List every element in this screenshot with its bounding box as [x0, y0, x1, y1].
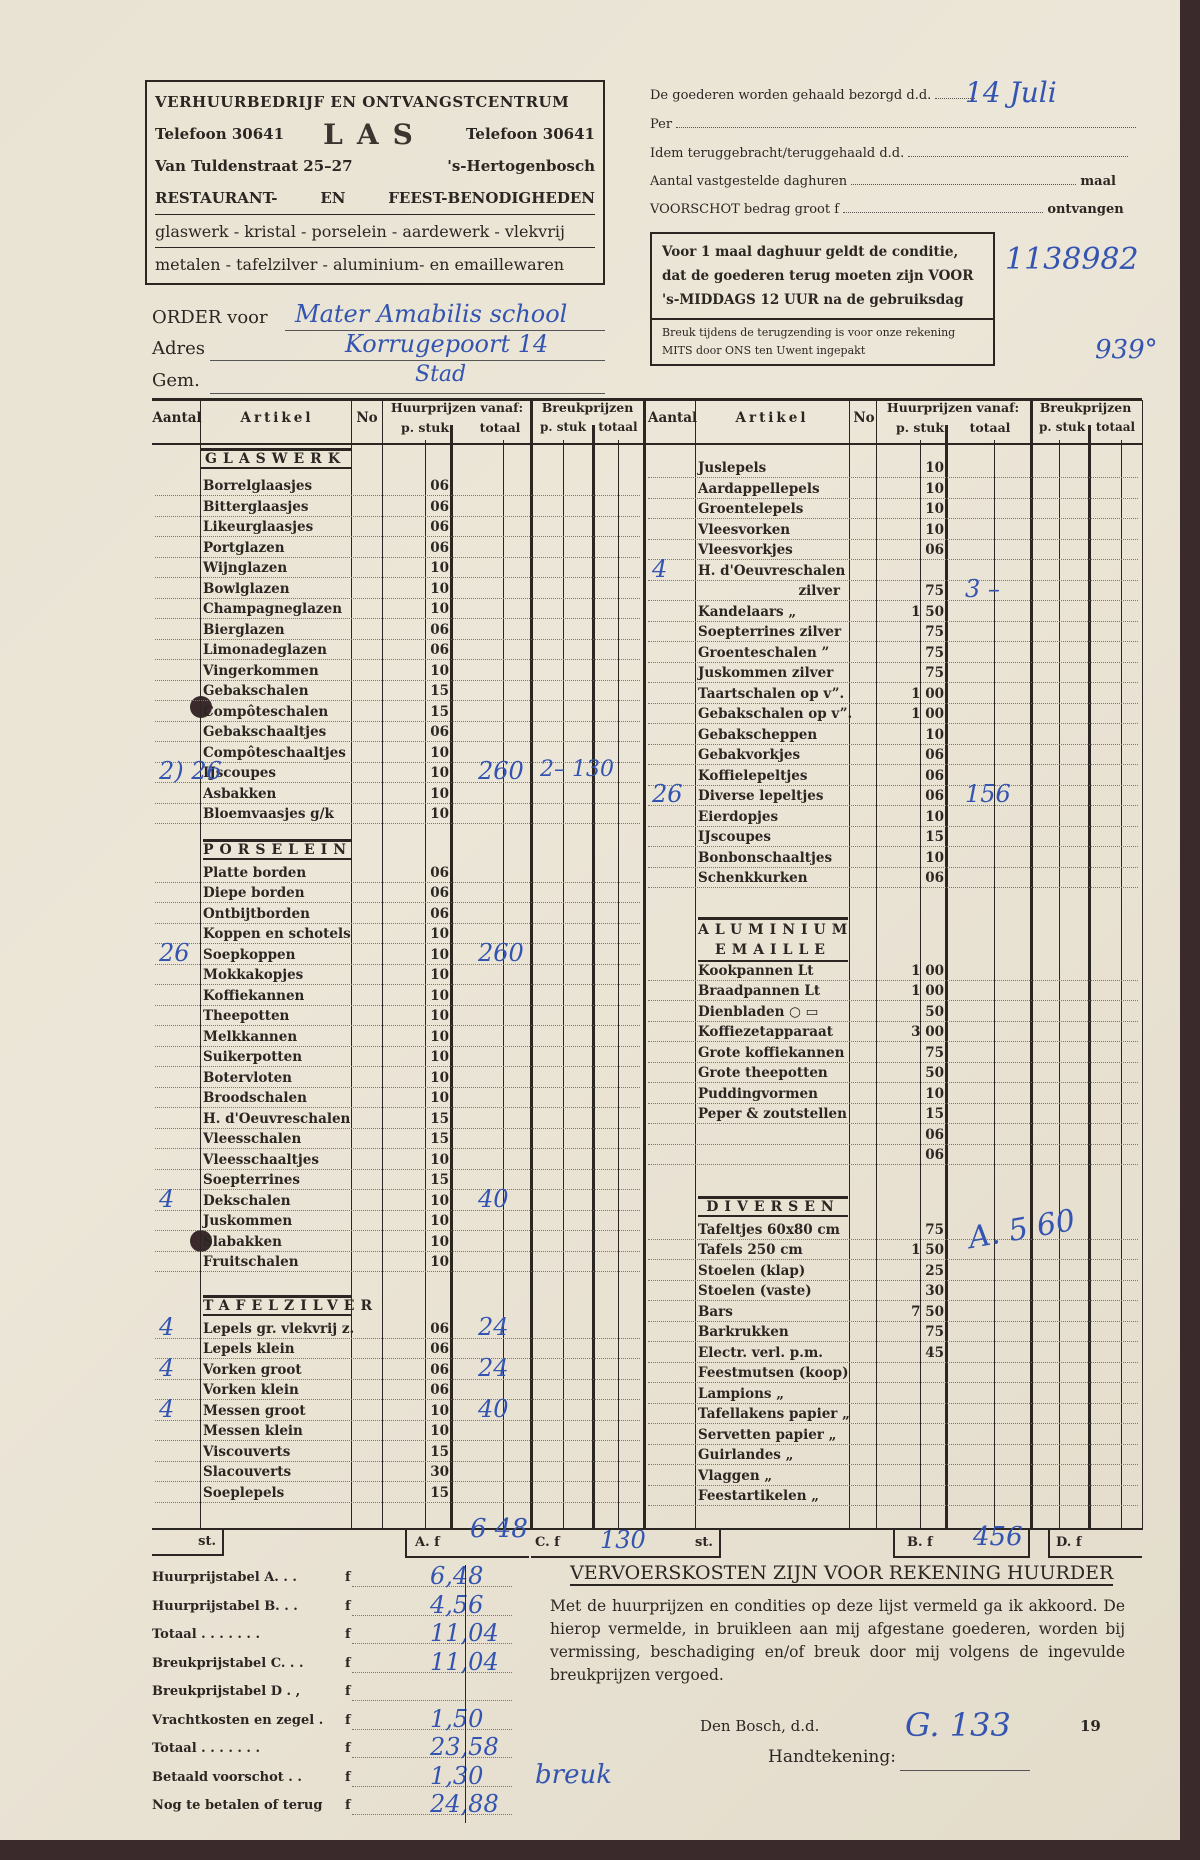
- item-name: Gebakschaaltjes: [203, 724, 326, 740]
- unit-price: 10: [425, 1152, 449, 1168]
- adres-value[interactable]: Korrugepoort 14: [345, 330, 548, 358]
- row-rule: [648, 600, 1138, 601]
- quantity-handwritten[interactable]: 4: [159, 1395, 174, 1423]
- unit-price: 10: [880, 727, 944, 743]
- summary-currency: f: [345, 1798, 351, 1813]
- item-name: Tafeltjes 60x80 cm: [698, 1222, 840, 1238]
- unit-price: 10: [425, 1403, 449, 1419]
- unit-price: 06: [425, 1382, 449, 1398]
- delivery-fetched-row: De goederen worden gehaald bezorgd d.d.: [650, 88, 975, 103]
- row-rule: [155, 803, 640, 804]
- days-suffix: maal: [1080, 174, 1116, 189]
- adres-label: Adres: [152, 338, 205, 359]
- header-line4a: RESTAURANT-: [155, 189, 278, 207]
- unit-price: 06: [425, 1321, 449, 1337]
- row-rule: [648, 867, 1138, 868]
- item-name: Lepels klein: [203, 1341, 295, 1357]
- summary-value-handwritten[interactable]: 1,50: [430, 1705, 483, 1733]
- unit-price: 10: [425, 1070, 449, 1086]
- unit-price: 75: [880, 1324, 944, 1340]
- date-handwritten[interactable]: G. 133: [905, 1706, 1011, 1744]
- item-name: Borrelglaasjes: [203, 478, 312, 494]
- unit-price: 75: [880, 665, 944, 681]
- summary-currency: f: [345, 1656, 351, 1671]
- item-name: Kookpannen Lt: [698, 963, 813, 979]
- year-prefix: 19: [1080, 1717, 1101, 1735]
- row-rule: [648, 1041, 1138, 1042]
- item-name: Gebakschalen: [203, 683, 309, 699]
- row-rule: [648, 805, 1138, 806]
- row-rule: [155, 1338, 640, 1339]
- unit-price: 10: [425, 1213, 449, 1229]
- unit-price: 75: [880, 1222, 944, 1238]
- total-c-value[interactable]: 130: [600, 1526, 646, 1554]
- city: 's-Hertogenbosch: [447, 157, 595, 175]
- item-name: Puddingvormen: [698, 1086, 818, 1102]
- st-right-label: st.: [643, 1528, 721, 1558]
- row-rule: [155, 1128, 640, 1129]
- summary-label: Huurprijstabel A. . .: [152, 1570, 297, 1585]
- unit-price: 06: [880, 870, 944, 886]
- item-name: Koffielepeltjes: [698, 768, 807, 784]
- unit-price: 10: [425, 786, 449, 802]
- line-total-handwritten[interactable]: 24: [478, 1313, 509, 1341]
- row-rule: [648, 1021, 1138, 1022]
- col-breuk-pstuk-right: p. stuk: [1033, 420, 1091, 434]
- phone-left: Telefoon 30641: [155, 125, 284, 143]
- row-rule: [155, 964, 640, 965]
- unit-price: 1 00: [880, 983, 944, 999]
- unit-price: 06: [425, 478, 449, 494]
- item-name: Stoelen (vaste): [698, 1283, 812, 1299]
- quantity-handwritten[interactable]: 4: [652, 555, 667, 583]
- unit-price: 06: [425, 865, 449, 881]
- unit-price: 3 00: [880, 1024, 944, 1040]
- summary-label: Nog te betalen of terug: [152, 1798, 322, 1813]
- signature-label: Handtekening:: [768, 1747, 896, 1767]
- order-voor-label: ORDER voor: [152, 307, 268, 328]
- total-a-value[interactable]: 6 48: [470, 1514, 528, 1544]
- item-name: Servetten papier „: [698, 1427, 836, 1443]
- row-rule: [648, 1082, 1138, 1083]
- row-rule: [155, 1502, 640, 1503]
- advance-label: VOORSCHOT bedrag groot f: [650, 202, 839, 217]
- item-name: H. d'Oeuvreschalen: [698, 563, 845, 579]
- grid-line: [1059, 440, 1060, 1530]
- col-pstuk-right: p. stuk: [890, 420, 950, 435]
- unit-price: 10: [425, 806, 449, 822]
- section-diversen: DIVERSEN: [698, 1196, 848, 1217]
- item-name: Bitterglaasjes: [203, 499, 308, 515]
- quantity-handwritten[interactable]: 26: [159, 939, 190, 967]
- row-rule: [155, 1358, 640, 1359]
- unit-price: 25: [880, 1263, 944, 1279]
- row-rule: [648, 723, 1138, 724]
- summary-currency: f: [345, 1627, 351, 1642]
- row-rule: [648, 1382, 1138, 1383]
- header-line1: VERHUURBEDRIJF EN ONTVANGSTCENTRUM: [155, 93, 569, 111]
- unit-price: 10: [425, 947, 449, 963]
- unit-price: 10: [425, 581, 449, 597]
- col-totaal-left: totaal: [470, 420, 530, 435]
- summary-label: Huurprijstabel B. . .: [152, 1599, 298, 1614]
- row-rule: [155, 823, 640, 824]
- grid-line: [530, 400, 533, 1530]
- unit-price: 50: [880, 1004, 944, 1020]
- unit-price: 10: [425, 601, 449, 617]
- grid-line: [450, 425, 453, 1530]
- row-rule: [648, 539, 1138, 540]
- row-rule: [648, 641, 1138, 642]
- col-huur-right: Huurprijzen vanaf:: [878, 400, 1028, 415]
- summary-value-handwritten[interactable]: 4,56: [430, 1591, 483, 1619]
- row-rule: [648, 621, 1138, 622]
- summary-label: Breukprijstabel D . ,: [152, 1684, 300, 1699]
- item-name: Gebakschalen op v”.: [698, 706, 852, 722]
- item-name: Kandelaars „: [698, 604, 796, 620]
- unit-price: 15: [425, 1111, 449, 1127]
- row-rule: [155, 1461, 640, 1462]
- item-name: zilver: [698, 583, 840, 599]
- unit-price: 15: [425, 1172, 449, 1188]
- unit-price: 1 00: [880, 706, 944, 722]
- item-name: Soepterrines zilver: [698, 624, 841, 640]
- row-rule: [155, 1189, 640, 1190]
- summary-line: [352, 1700, 512, 1701]
- gem-value[interactable]: Stad: [415, 362, 466, 387]
- unit-price: 75: [880, 624, 944, 640]
- item-name: IJscoupes: [698, 829, 771, 845]
- row-rule: [155, 1379, 640, 1380]
- summary-label: Vrachtkosten en zegel .: [152, 1713, 323, 1728]
- row-rule: [155, 639, 640, 640]
- summary-divider: [465, 1565, 466, 1823]
- row-rule: [155, 741, 640, 742]
- address: Van Tuldenstraat 25–27: [155, 157, 353, 175]
- row-rule: [155, 721, 640, 722]
- row-rule: [155, 1148, 640, 1149]
- order-form-paper: VERHUURBEDRIJF EN ONTVANGSTCENTRUM Telef…: [0, 0, 1180, 1840]
- unit-price: 10: [425, 1008, 449, 1024]
- summary-label: Betaald voorschot . .: [152, 1770, 302, 1785]
- row-rule: [155, 923, 640, 924]
- breakage-handwritten[interactable]: 2– 130: [540, 757, 614, 782]
- terms-body: Met de huurprijzen en condities op deze …: [550, 1595, 1125, 1687]
- col-pstuk-left: p. stuk: [395, 420, 455, 435]
- unit-price: 15: [425, 1485, 449, 1501]
- unit-price: 06: [880, 542, 944, 558]
- unit-price: 10: [425, 745, 449, 761]
- row-rule: [648, 1444, 1138, 1445]
- row-rule: [155, 1066, 640, 1067]
- item-name: Koppen en schotels: [203, 926, 351, 942]
- row-rule: [155, 618, 640, 619]
- item-name: Compôteschaaltjes: [203, 745, 346, 761]
- unit-price: 06: [880, 747, 944, 763]
- row-rule: [155, 598, 640, 599]
- side-note-handwritten: 939°: [1095, 335, 1158, 365]
- grid-line: [643, 400, 646, 1530]
- unit-price: 10: [425, 988, 449, 1004]
- row-rule: [648, 764, 1138, 765]
- quantity-handwritten[interactable]: 2) 26: [159, 757, 222, 785]
- row-rule: [155, 557, 640, 558]
- unit-price: 10: [425, 926, 449, 942]
- col-breuk-totaal-left: totaal: [596, 420, 640, 434]
- item-name: Koffiezetapparaat: [698, 1024, 833, 1040]
- unit-price: 10: [880, 501, 944, 517]
- grid-line: [994, 440, 995, 1530]
- item-name: Vleesschalen: [203, 1131, 301, 1147]
- unit-price: 15: [425, 683, 449, 699]
- row-rule: [648, 1362, 1138, 1363]
- unit-price: 06: [880, 788, 944, 804]
- item-name: Mokkakopjes: [203, 967, 303, 983]
- unit-price: 10: [880, 809, 944, 825]
- item-name: Vingerkommen: [203, 663, 319, 679]
- summary-label: Breukprijstabel C. . .: [152, 1656, 303, 1671]
- grid-line: [592, 425, 595, 1530]
- line-total-handwritten[interactable]: 40: [478, 1185, 509, 1213]
- grid-line: [200, 400, 201, 1530]
- unit-price: 06: [425, 724, 449, 740]
- summary-currency: f: [345, 1713, 351, 1728]
- item-name: Wijnglazen: [203, 560, 287, 576]
- line-total-handwritten[interactable]: 156: [965, 780, 1011, 808]
- item-name: Limonadeglazen: [203, 642, 327, 658]
- item-name: Messen groot: [203, 1403, 306, 1419]
- line-total-handwritten[interactable]: 40: [478, 1395, 509, 1423]
- summary-value-handwritten[interactable]: 1,30: [430, 1762, 483, 1790]
- item-name: Vlaggen „: [698, 1468, 772, 1484]
- unit-price: 15: [425, 704, 449, 720]
- row-rule: [648, 682, 1138, 683]
- total-d-label: D. f: [1048, 1528, 1142, 1558]
- brand-logo: LAS: [323, 118, 427, 151]
- row-rule: [155, 1107, 640, 1108]
- item-name: Vorken klein: [203, 1382, 299, 1398]
- row-rule: [648, 1103, 1138, 1104]
- item-name: Braadpannen Lt: [698, 983, 820, 999]
- summary-value-handwritten[interactable]: 6,48: [430, 1562, 483, 1590]
- unit-price: 50: [880, 1065, 944, 1081]
- unit-price: 30: [880, 1283, 944, 1299]
- item-name: Bowlglazen: [203, 581, 290, 597]
- grid-line: [1030, 400, 1033, 1530]
- item-name: Tafellakens papier „: [698, 1406, 850, 1422]
- fetched-label: De goederen worden gehaald bezorgd d.d.: [650, 88, 931, 103]
- grid-line: [382, 400, 383, 1530]
- condition-main: Voor 1 maal daghuur geldt de conditie, d…: [652, 234, 993, 320]
- summary-currency: f: [345, 1770, 351, 1785]
- unit-price: 15: [425, 1444, 449, 1460]
- item-name: Diverse lepeltjes: [698, 788, 823, 804]
- item-name: Champagneglazen: [203, 601, 342, 617]
- item-name: Lampions „: [698, 1386, 784, 1402]
- item-name: Vleesvorkjes: [698, 542, 793, 558]
- row-rule: [155, 700, 640, 701]
- unit-price: 75: [880, 583, 944, 599]
- unit-price: 10: [425, 1254, 449, 1270]
- row-rule: [155, 1230, 640, 1231]
- item-name: Slabakken: [203, 1234, 282, 1250]
- st-left-label: st.: [152, 1528, 224, 1556]
- order-number-handwritten: 1138982: [1005, 242, 1139, 277]
- item-name: Bierglazen: [203, 622, 285, 638]
- item-name: Feestmutsen (koop): [698, 1365, 848, 1381]
- total-b-value[interactable]: 456: [973, 1522, 1023, 1552]
- days-row: Aantal vastgestelde daghuren maal: [650, 174, 1150, 189]
- item-name: Soepterrines: [203, 1172, 300, 1188]
- unit-price: 06: [425, 906, 449, 922]
- item-name: Bars: [698, 1304, 733, 1320]
- row-rule: [155, 1440, 640, 1441]
- row-rule: [155, 1087, 640, 1088]
- row-rule: [648, 1000, 1138, 1001]
- col-aantal-left: Aantal: [152, 410, 202, 426]
- grid-line: [351, 400, 352, 1530]
- returned-label: Idem teruggebracht/teruggehaald d.d.: [650, 146, 904, 161]
- item-name: Vleesschaaltjes: [203, 1152, 319, 1168]
- row-rule: [155, 516, 640, 517]
- item-name: Juskommen: [203, 1213, 292, 1229]
- item-name: Guirlandes „: [698, 1447, 793, 1463]
- grid-line: [849, 400, 850, 1530]
- item-name: Lepels gr. vlekvrij z.: [203, 1321, 354, 1337]
- unit-price: 10: [425, 560, 449, 576]
- gem-line: [210, 393, 605, 394]
- row-rule: [648, 980, 1138, 981]
- advance-suffix: ontvangen: [1047, 202, 1123, 217]
- unit-price: 10: [425, 1029, 449, 1045]
- unit-price: 15: [880, 1106, 944, 1122]
- condition-note: Breuk tijdens de terugzending is voor on…: [652, 320, 993, 364]
- row-rule: [648, 1321, 1138, 1322]
- item-name: Groenteschalen ”: [698, 645, 829, 661]
- row-rule: [648, 1280, 1138, 1281]
- item-name: Schenkkurken: [698, 870, 808, 886]
- item-name: Bonbonschaaltjes: [698, 850, 832, 866]
- row-rule: [648, 1062, 1138, 1063]
- row-rule: [648, 846, 1138, 847]
- item-name: Asbakken: [203, 786, 276, 802]
- row-rule: [155, 1046, 640, 1047]
- line-total-handwritten[interactable]: 3 –: [965, 575, 1000, 603]
- item-name: Vleesvorken: [698, 522, 790, 538]
- item-name: Platte borden: [203, 865, 306, 881]
- days-label: Aantal vastgestelde daghuren: [650, 174, 847, 189]
- summary-currency: f: [345, 1570, 351, 1585]
- col-breuk-totaal-right: totaal: [1093, 420, 1138, 434]
- unit-price: 1 50: [880, 604, 944, 620]
- unit-price: 1 50: [880, 1242, 944, 1258]
- terms-title: VERVOERSKOSTEN ZIJN VOOR REKENING HUURDE…: [570, 1562, 1113, 1586]
- row-rule: [155, 1399, 640, 1400]
- unit-price: 10: [425, 1090, 449, 1106]
- phone-right: Telefoon 30641: [466, 125, 595, 143]
- unit-price: 06: [880, 1147, 944, 1163]
- row-rule: [648, 1403, 1138, 1404]
- col-artikel-left: Artikel: [202, 410, 352, 426]
- advance-row: VOORSCHOT bedrag groot f ontvangen: [650, 202, 1170, 217]
- section-aluminium-emaille: ALUMINIUM EMAILLE: [698, 917, 848, 962]
- row-rule: [155, 577, 640, 578]
- col-totaal-right: totaal: [960, 420, 1020, 435]
- row-rule: [648, 662, 1138, 663]
- row-rule: [648, 703, 1138, 704]
- a-note-handwritten: A. 5 60: [966, 1203, 1078, 1256]
- row-rule: [648, 1464, 1138, 1465]
- line-total-handwritten[interactable]: 24: [478, 1354, 509, 1382]
- item-name: Dienbladen ○ ▭: [698, 1004, 818, 1020]
- quantity-handwritten[interactable]: 26: [652, 780, 683, 808]
- unit-price: 06: [425, 642, 449, 658]
- returned-row: Idem teruggebracht/teruggehaald d.d.: [650, 146, 1150, 161]
- row-rule: [648, 744, 1138, 745]
- quantity-handwritten[interactable]: 4: [159, 1313, 174, 1341]
- row-rule: [155, 943, 640, 944]
- unit-price: 15: [425, 1131, 449, 1147]
- unit-price: 10: [425, 1423, 449, 1439]
- row-rule: [155, 1169, 640, 1170]
- row-rule: [155, 1005, 640, 1006]
- item-name: Grote koffiekannen: [698, 1045, 844, 1061]
- grid-line: [876, 400, 877, 1530]
- row-rule: [155, 680, 640, 681]
- grid-line: [695, 400, 696, 1530]
- unit-price: 15: [880, 829, 944, 845]
- item-name: Compôteschalen: [203, 704, 328, 720]
- unit-price: 10: [425, 1049, 449, 1065]
- row-rule: [648, 1123, 1138, 1124]
- unit-price: 06: [425, 885, 449, 901]
- row-rule: [155, 1271, 640, 1272]
- line-total-handwritten[interactable]: 260: [478, 757, 524, 785]
- header-line5: glaswerk - kristal - porselein - aardewe…: [155, 222, 565, 241]
- item-name: Barkrukken: [698, 1324, 789, 1340]
- item-name: Diepe borden: [203, 885, 305, 901]
- unit-price: 10: [425, 663, 449, 679]
- order-voor-value[interactable]: Mater Amabilis school: [295, 300, 567, 328]
- header-line4b: EN: [320, 189, 345, 207]
- summary-note-handwritten: breuk: [535, 1760, 612, 1790]
- row-rule: [155, 495, 640, 496]
- quantity-handwritten[interactable]: 4: [159, 1185, 174, 1213]
- item-name: Eierdopjes: [698, 809, 778, 825]
- unit-price: 06: [880, 768, 944, 784]
- quantity-handwritten[interactable]: 4: [159, 1354, 174, 1382]
- row-rule: [155, 984, 640, 985]
- item-name: Aardappellepels: [698, 481, 820, 497]
- col-huur-left: Huurprijzen vanaf:: [382, 400, 532, 415]
- summary-currency: f: [345, 1741, 351, 1756]
- col-breuk-left: Breukprijzen: [535, 400, 640, 415]
- line-total-handwritten[interactable]: 260: [478, 939, 524, 967]
- item-name: Likeurglaasjes: [203, 519, 313, 535]
- unit-price: 10: [880, 1086, 944, 1102]
- row-rule: [155, 1025, 640, 1026]
- signature-line[interactable]: [900, 1770, 1030, 1771]
- row-rule: [648, 498, 1138, 499]
- item-name: Slacouverts: [203, 1464, 291, 1480]
- item-name: Broodschalen: [203, 1090, 307, 1106]
- grid-line: [563, 440, 564, 1530]
- grid-line: [1142, 400, 1143, 1530]
- fetched-date-handwritten[interactable]: 14 Juli: [965, 76, 1057, 109]
- place-label: Den Bosch, d.d.: [700, 1717, 819, 1735]
- grid-line: [1088, 425, 1091, 1530]
- item-name: Messen klein: [203, 1423, 303, 1439]
